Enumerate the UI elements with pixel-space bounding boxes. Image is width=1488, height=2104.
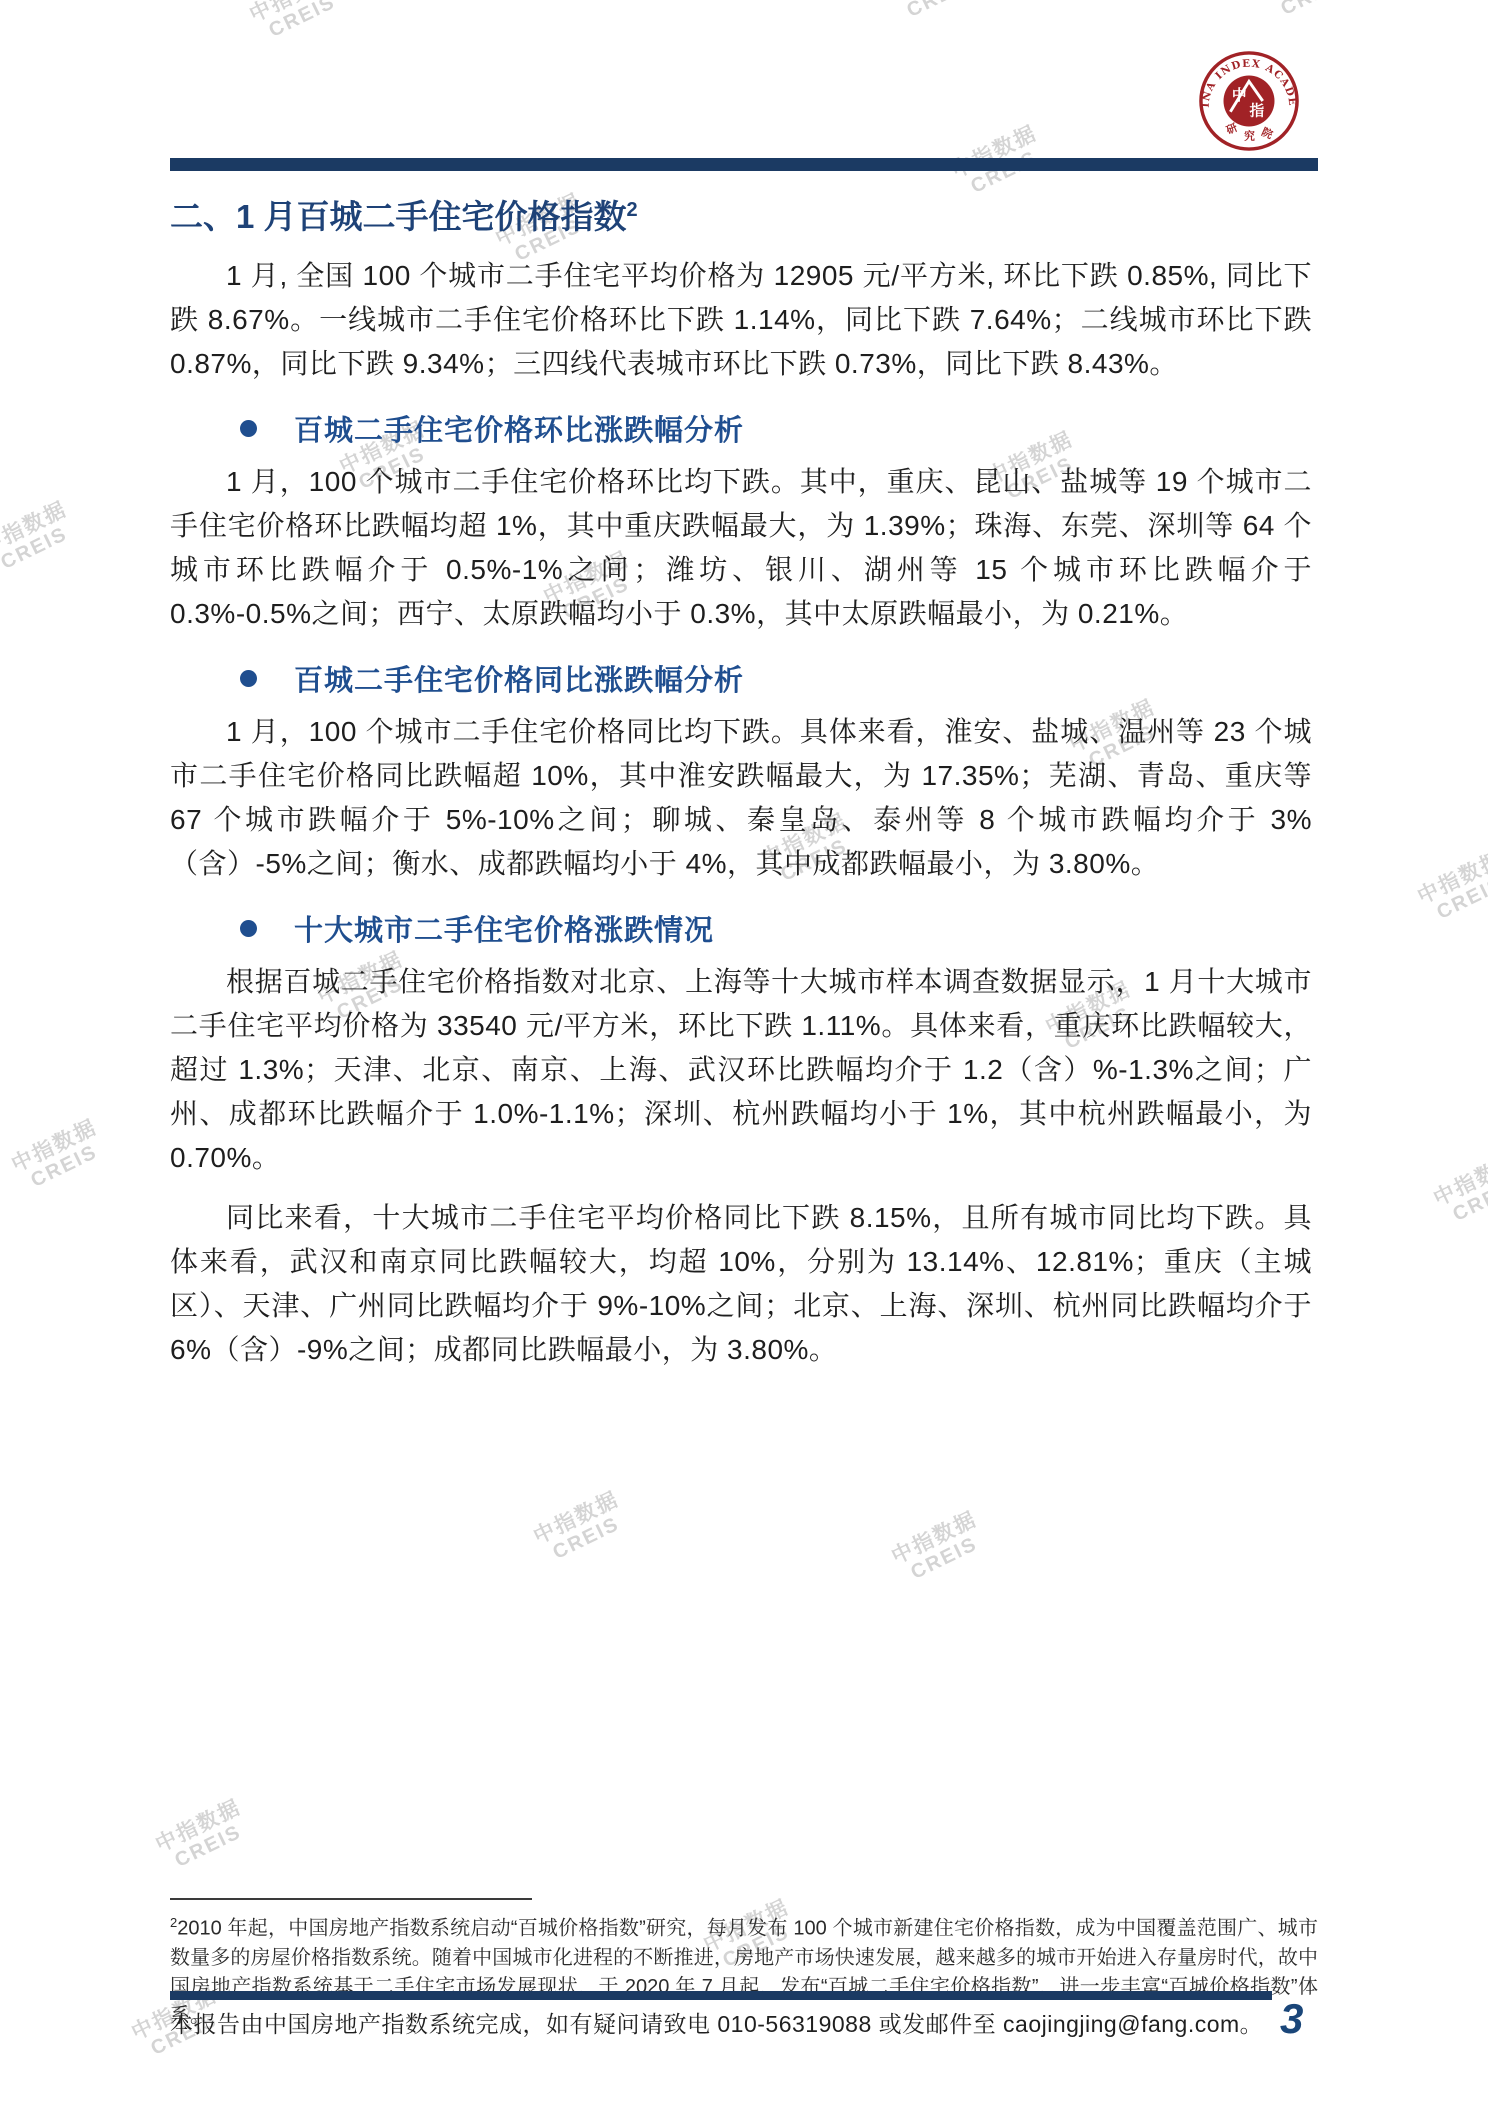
watermark-line2: CREIS xyxy=(1424,868,1488,929)
seal-svg: CHINA INDEX ACADEMY 中 指 研 究 院 xyxy=(1198,50,1300,152)
bullet-label: 十大城市二手住宅价格涨跌情况 xyxy=(294,908,714,949)
paragraph-national-summary: 1 月, 全国 100 个城市二手住宅平均价格为 12905 元/平方米, 环比… xyxy=(170,254,1312,386)
watermark-line1: 中指数据 xyxy=(246,0,339,27)
page-number: 3 xyxy=(1280,1995,1303,2043)
watermark-stamp: 中指数据CREIS xyxy=(1414,848,1488,930)
watermark-line1: 中指数据 xyxy=(884,0,977,7)
section-title: 二、1 月百城二手住宅价格指数2 xyxy=(170,189,1318,238)
section-title-text: 二、1 月百城二手住宅价格指数 xyxy=(170,198,627,235)
bullet-label: 百城二手住宅价格同比涨跌幅分析 xyxy=(294,658,744,699)
watermark-stamp: 中指数据CREIS xyxy=(8,1116,111,1198)
watermark-stamp: 中指数据CREIS xyxy=(0,498,81,580)
watermark-line1: 中指数据 xyxy=(1258,0,1351,5)
watermark-line2: CREIS xyxy=(18,1136,111,1197)
watermark-line1: 中指数据 xyxy=(888,1508,981,1569)
bullet-dot-icon xyxy=(240,420,257,437)
bullet-heading-yoy: 百城二手住宅价格同比涨跌幅分析 xyxy=(240,662,1318,694)
paragraph-yoy-analysis: 1 月，100 个城市二手住宅价格同比均下跌。具体来看，淮安、盐城、温州等 23… xyxy=(170,710,1312,886)
watermark-stamp: 中指数据CREIS xyxy=(152,1796,255,1878)
paragraph-top10-mom: 根据百城二手住宅价格指数对北京、上海等十大城市样本调查数据显示，1 月十大城市二… xyxy=(170,960,1312,1180)
watermark-line1: 中指数据 xyxy=(8,1116,101,1177)
paragraph-top10-yoy: 同比来看，十大城市二手住宅平均价格同比下跌 8.15%，且所有城市同比均下跌。具… xyxy=(170,1196,1312,1372)
watermark-line2: CREIS xyxy=(540,1508,633,1569)
watermark-stamp: 中指数据CREIS xyxy=(888,1508,991,1590)
svg-text:中: 中 xyxy=(1232,87,1247,104)
watermark-line2: CREIS xyxy=(1440,1170,1488,1231)
bullet-dot-icon xyxy=(240,670,257,687)
watermark-stamp: 中指数据CREIS xyxy=(1258,0,1361,25)
footer-contact-text: 本报告由中国房地产指数系统完成，如有疑问请致电 010-56319088 或发邮… xyxy=(170,2006,1270,2039)
watermark-line2: CREIS xyxy=(256,0,349,47)
watermark-line2: CREIS xyxy=(1268,0,1361,25)
svg-text:究: 究 xyxy=(1244,129,1255,142)
china-index-academy-seal-icon: CHINA INDEX ACADEMY 中 指 研 究 院 xyxy=(1198,50,1300,152)
watermark-line2: CREIS xyxy=(0,518,81,579)
watermark-line1: 中指数据 xyxy=(1414,848,1488,909)
watermark-line1: 中指数据 xyxy=(0,498,71,559)
watermark-line1: 中指数据 xyxy=(1430,1150,1488,1211)
content-column: 二、1 月百城二手住宅价格指数2 1 月, 全国 100 个城市二手住宅平均价格… xyxy=(170,158,1318,1372)
footnote-separator xyxy=(170,1898,532,1900)
watermark-stamp: 中指数据CREIS xyxy=(246,0,349,47)
bullet-dot-icon xyxy=(240,920,257,937)
watermark-stamp: 中指数据CREIS xyxy=(884,0,987,27)
report-page: 中指数据CREIS中指数据CREIS中指数据CREIS中指数据CREIS中指数据… xyxy=(0,0,1488,2104)
bullet-label: 百城二手住宅价格环比涨跌幅分析 xyxy=(294,408,744,449)
watermark-line2: CREIS xyxy=(898,1528,991,1589)
section-title-footnote-ref: 2 xyxy=(627,199,638,221)
watermark-stamp: 中指数据CREIS xyxy=(530,1488,633,1570)
bullet-heading-top10: 十大城市二手住宅价格涨跌情况 xyxy=(240,912,1318,944)
watermark-line2: CREIS xyxy=(162,1816,255,1877)
watermark-line1: 中指数据 xyxy=(530,1488,623,1549)
footer-rule xyxy=(170,1991,1272,2000)
header-rule xyxy=(170,158,1318,171)
paragraph-mom-analysis: 1 月，100 个城市二手住宅价格环比均下跌。其中，重庆、昆山、盐城等 19 个… xyxy=(170,460,1312,636)
watermark-stamp: 中指数据CREIS xyxy=(1430,1150,1488,1232)
bullet-heading-mom: 百城二手住宅价格环比涨跌幅分析 xyxy=(240,412,1318,444)
watermark-line1: 中指数据 xyxy=(152,1796,245,1857)
svg-text:指: 指 xyxy=(1249,103,1264,120)
watermark-line2: CREIS xyxy=(894,0,987,27)
